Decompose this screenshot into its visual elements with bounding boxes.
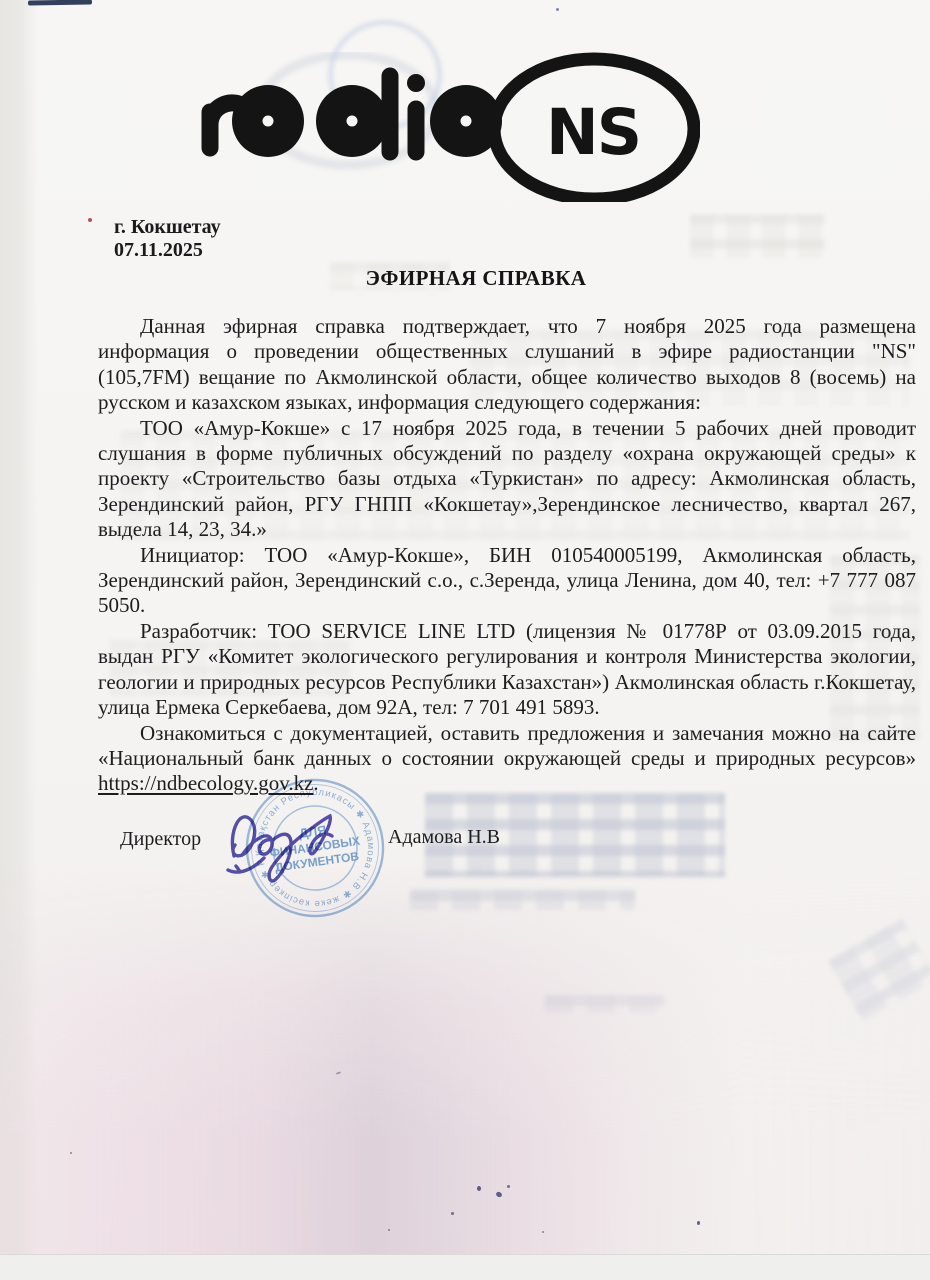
closing-text: Ознакомиться с документацией, оставить п… <box>98 721 916 770</box>
paragraph-closing: Ознакомиться с документацией, оставить п… <box>98 721 916 797</box>
radio-ns-logo-art: NS <box>180 52 700 202</box>
bleedthrough-text <box>410 890 635 910</box>
dateline: г. Кокшетау 07.11.2025 <box>114 216 221 262</box>
handwritten-signature <box>220 792 360 892</box>
ink-speck <box>697 1221 700 1225</box>
logo-ns-text: NS <box>546 96 640 169</box>
red-speck <box>88 218 92 222</box>
ink-speck <box>70 1152 72 1154</box>
scanner-bed-strip <box>0 1254 930 1280</box>
bleedthrough-text <box>690 214 825 258</box>
signatory-name: Адамова Н.В <box>388 826 500 849</box>
scan-edge-mark <box>28 0 92 6</box>
paragraph-hearings: ТОО «Амур-Кокше» с 17 ноября 2025 года, … <box>98 416 916 543</box>
vinyl-hole <box>461 116 472 127</box>
document-body: Данная эфирная справка подтверждает, что… <box>98 314 916 797</box>
ink-speck <box>507 1185 510 1188</box>
ink-speck <box>556 8 559 11</box>
document-city: г. Кокшетау <box>114 216 221 239</box>
vinyl-hole <box>263 116 274 127</box>
paragraph-developer: Разработчик: ТОО SERVICE LINE LTD (лицен… <box>98 619 916 721</box>
ink-speck <box>477 1186 481 1191</box>
ink-speck <box>451 1212 454 1215</box>
ink-speck <box>388 1229 390 1231</box>
scanned-document: { "document": { "logo": { "brand": "radi… <box>0 0 930 1280</box>
logo-letter-i-dot <box>407 74 425 92</box>
scan-pink-tint <box>0 860 930 1256</box>
signature-art <box>220 792 360 892</box>
signatory-title: Директор <box>120 828 201 851</box>
vinyl-hole <box>347 116 358 127</box>
paragraph-intro: Данная эфирная справка подтверждает, что… <box>98 314 916 416</box>
paragraph-initiator: Инициатор: ТОО «Амур-Кокше», БИН 0105400… <box>98 543 916 619</box>
radio-ns-logo: NS <box>180 52 700 202</box>
document-title: ЭФИРНАЯ СПРАВКА <box>98 266 854 291</box>
document-date: 07.11.2025 <box>114 239 221 262</box>
bleedthrough-name-ghost <box>545 995 665 1013</box>
ink-speck <box>542 1231 544 1233</box>
